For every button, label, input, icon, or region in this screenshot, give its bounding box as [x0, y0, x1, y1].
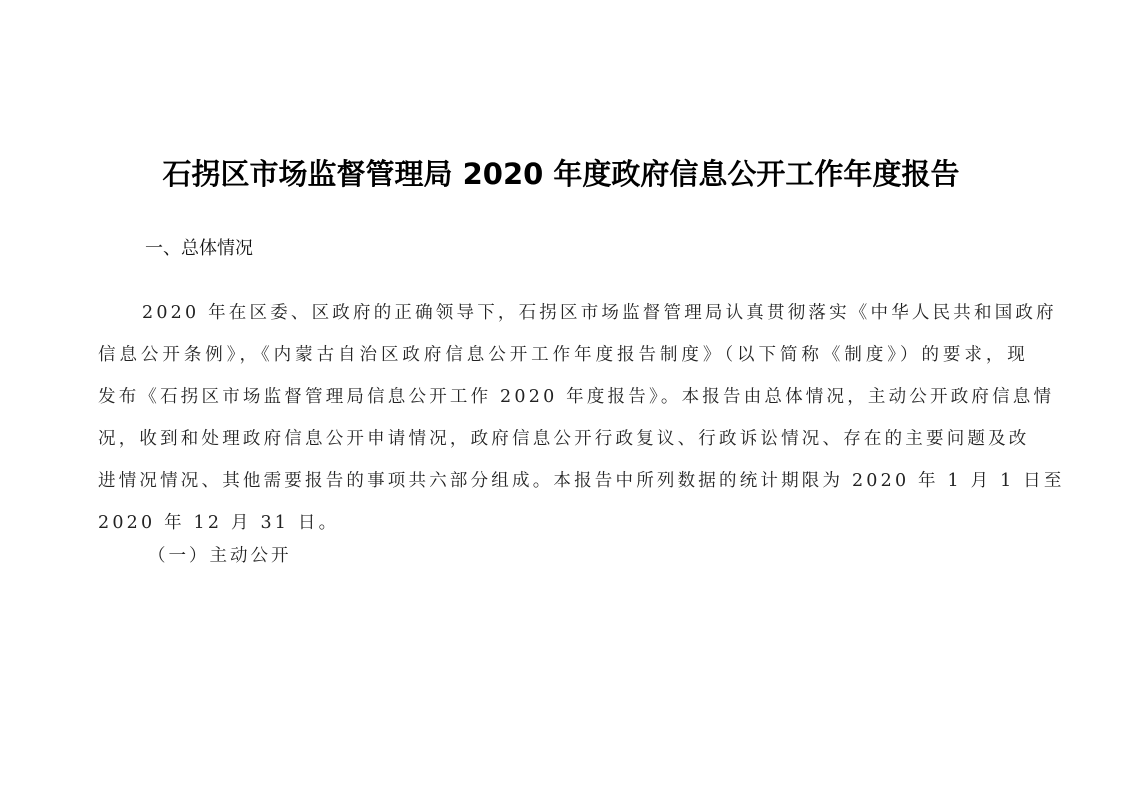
subsection-heading-proactive-disclosure: （一）主动公开 [148, 542, 292, 570]
paragraph-line: 2020 年在区委、区政府的正确领导下，石拐区市场监督管理局认真贯彻落实《中华人… [98, 292, 1028, 334]
paragraph-line: 况，收到和处理政府信息公开申请情况，政府信息公开行政复议、行政诉讼情况、存在的主… [98, 418, 1028, 460]
document-page: 石拐区市场监督管理局 2020 年度政府信息公开工作年度报告 一、总体情况 20… [0, 0, 1122, 793]
paragraph-line: 发布《石拐区市场监督管理局信息公开工作 2020 年度报告》。本报告由总体情况，… [98, 376, 1028, 418]
overview-paragraph: 2020 年在区委、区政府的正确领导下，石拐区市场监督管理局认真贯彻落实《中华人… [98, 292, 1028, 544]
paragraph-line: 信息公开条例》，《内蒙古自治区政府信息公开工作年度报告制度》（以下简称《制度》）… [98, 334, 1028, 376]
paragraph-line: 进情况情况、其他需要报告的事项共六部分组成。本报告中所列数据的统计期限为 202… [98, 460, 1028, 502]
document-title: 石拐区市场监督管理局 2020 年度政府信息公开工作年度报告 [0, 152, 1122, 196]
paragraph-line: 2020 年 12 月 31 日。 [98, 502, 1028, 544]
section-heading-overview: 一、总体情况 [145, 235, 253, 263]
